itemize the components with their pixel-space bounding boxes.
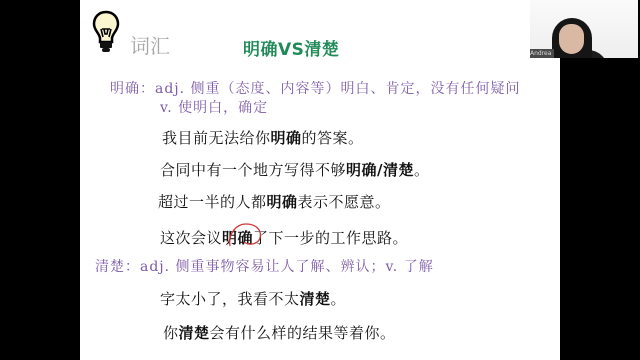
definition-qingchu: 清楚：adj. 侧重事物容易让人了解、辨认；v. 了解	[95, 258, 434, 276]
left-letterbox	[0, 0, 80, 360]
example-sentence: 超过一半的人都明确表示不愿意。	[158, 192, 391, 212]
keyword: 明确	[267, 193, 298, 211]
lightbulb-icon	[92, 10, 120, 54]
presentation-slide: 词汇 明确VS清楚 明确：adj. 侧重（态度、内容等）明白、肯定，没有任何疑问…	[80, 0, 560, 360]
definition-mingque: 明确：adj. 侧重（态度、内容等）明白、肯定，没有任何疑问	[110, 80, 521, 98]
example-sentence: 你清楚会有什么样的结果等着你。	[163, 323, 396, 343]
example-sentence: 我目前无法给你明确的答案。	[162, 128, 364, 148]
keyword: 清楚	[300, 290, 331, 308]
keyword: 明确/清楚	[346, 161, 414, 179]
presenter-face	[559, 24, 584, 54]
section-label: 词汇	[130, 30, 170, 59]
webcam-video[interactable]: Andrea	[530, 0, 638, 58]
example-sentence: 合同中有一个地方写得不够明确/清楚。	[160, 160, 430, 180]
slide-title: 明确VS清楚	[243, 35, 339, 60]
keyword: 明确	[222, 229, 253, 247]
keyword: 明确	[271, 129, 302, 147]
example-sentence: 字太小了，我看不太清楚。	[160, 289, 346, 309]
definition-mingque-verb: v. 使明白，确定	[160, 99, 268, 117]
right-letterbox	[560, 58, 640, 360]
example-sentence: 这次会议明确了下一步的工作思路。	[160, 228, 408, 248]
participant-name-tag: Andrea	[530, 49, 554, 58]
keyword: 清楚	[179, 324, 210, 342]
